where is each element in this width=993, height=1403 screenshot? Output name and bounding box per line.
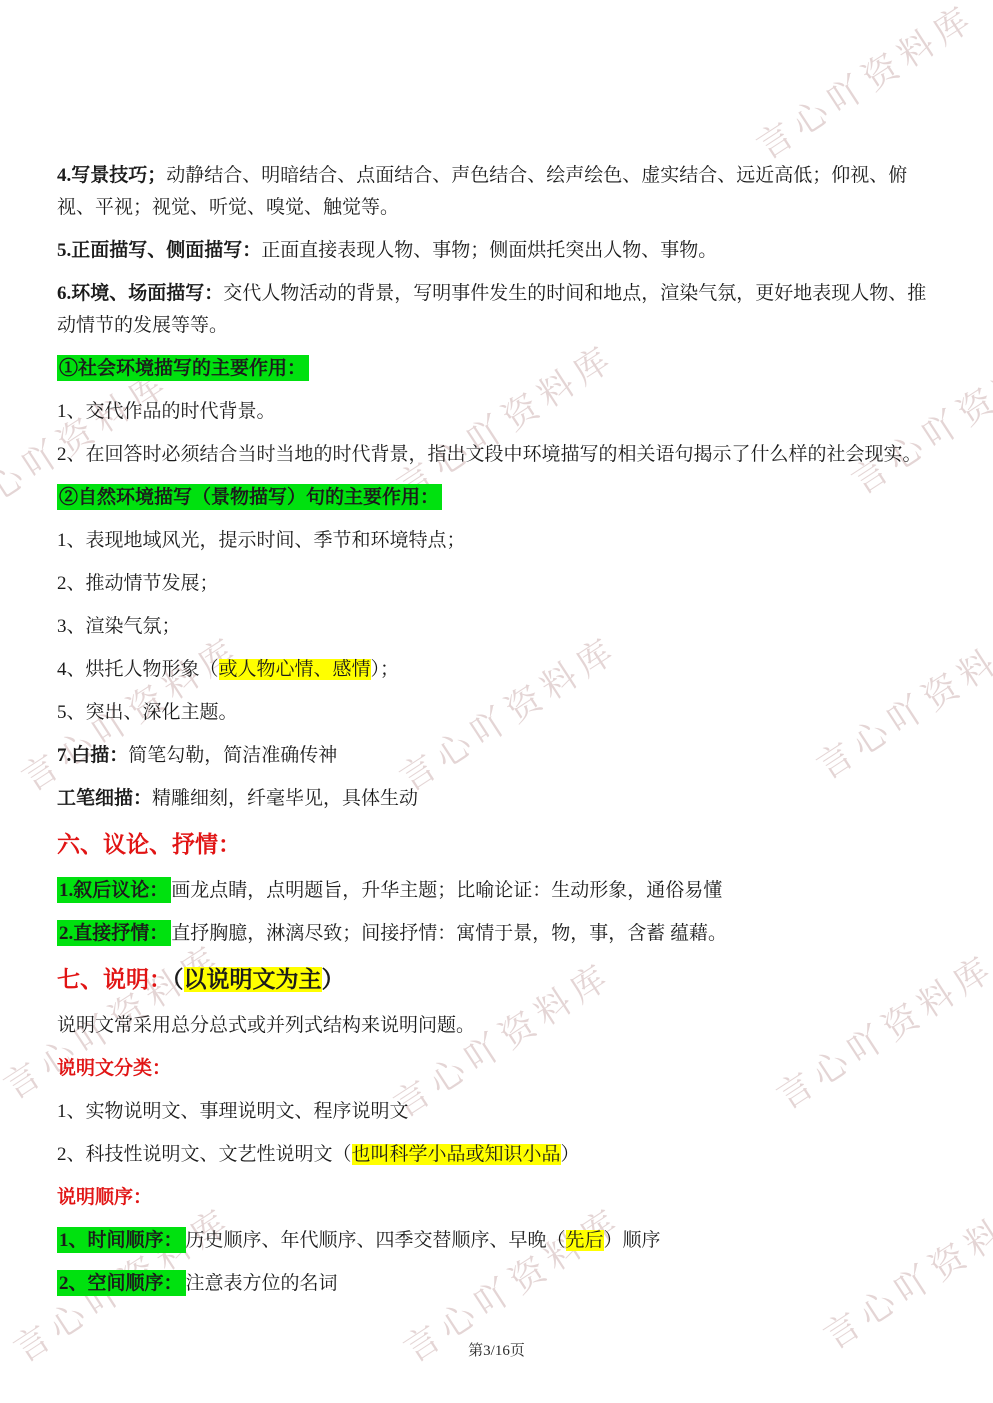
text-run-normal: ） (561, 1144, 580, 1165)
paragraph: ②自然环境描写（景物描写）句的主要作用： (57, 482, 938, 514)
paragraph: 1、实物说明文、事理说明文、程序说明文 (57, 1096, 938, 1128)
paragraph: 6.环境、场面描写：交代人物活动的背景，写明事件发生的时间和地点，渲染气氛，更好… (57, 278, 938, 342)
text-run-normal: 3、渲染气氛； (57, 616, 181, 637)
paragraph: 2.直接抒情：直抒胸臆，淋漓尽致；间接抒情：寓情于景，物，事，含蓄 蕴藉。 (57, 918, 938, 950)
text-run-normal: 2、推动情节发展； (57, 573, 219, 594)
document-page: 言心吖资料库言心吖资料库言心吖资料库言心吖资料库言心吖资料库言心吖资料库言心吖资… (0, 0, 993, 1403)
text-run-green: 2、空间顺序： (57, 1270, 186, 1296)
paragraph: 工笔细描：精雕细刻，纤毫毕见，具体生动 (57, 783, 938, 815)
text-run-normal: 2、在回答时必须结合当时当地的时代背景，指出文段中环境描写的相关语句揭示了什么样… (57, 444, 922, 465)
page-number: 第3/16页 (0, 1339, 993, 1360)
paragraph: 说明顺序： (57, 1182, 938, 1214)
text-run-yellow-bold: 以说明文为主 (184, 967, 322, 992)
paragraph: 1.叙后议论：画龙点睛，点明题旨，升华主题；比喻论证：生动形象，通俗易懂 (57, 875, 938, 907)
text-run-normal: ）； (371, 659, 400, 680)
text-run-red: 说明顺序： (57, 1187, 152, 1208)
text-run-yellow: 或人物心情、感情 (219, 659, 371, 680)
paragraph: 2、在回答时必须结合当时当地的时代背景，指出文段中环境描写的相关语句揭示了什么样… (57, 439, 938, 471)
text-run-red: 说明文分类： (57, 1058, 171, 1079)
paragraph: 1、时间顺序：历史顺序、年代顺序、四季交替顺序、早晚（先后）顺序 (57, 1225, 938, 1257)
text-run-normal: 说明文常采用总分总式或并列式结构来说明问题。 (57, 1015, 475, 1036)
paragraph: 4、烘托人物形象（或人物心情、感情）； (57, 654, 938, 686)
section-heading: 七、说明：（以说明文为主） (57, 961, 938, 999)
text-run-normal: 精雕细刻，纤毫毕见，具体生动 (152, 788, 418, 809)
text-run-normal: 1、实物说明文、事理说明文、程序说明文 (57, 1101, 409, 1122)
text-run-normal: 直抒胸臆，淋漓尽致；间接抒情：寓情于景，物，事，含蓄 蕴藉。 (171, 923, 727, 944)
text-run-bold: 7.白描： (57, 745, 128, 766)
text-run-normal: 正面直接表现人物、事物；侧面烘托突出人物、事物。 (261, 240, 717, 261)
paragraph: 2、空间顺序：注意表方位的名词 (57, 1268, 938, 1300)
paragraph: ①社会环境描写的主要作用： (57, 353, 938, 385)
text-run-normal: 2、科技性说明文、文艺性说明文（ (57, 1144, 352, 1165)
text-run-normal: 历史顺序、年代顺序、四季交替顺序、早晚（ (186, 1230, 566, 1251)
paragraph: 4.写景技巧；动静结合、明暗结合、点面结合、声色结合、绘声绘色、虚实结合、远近高… (57, 160, 938, 224)
paragraph: 2、科技性说明文、文艺性说明文（也叫科学小品或知识小品） (57, 1139, 938, 1171)
text-run-normal: 动静结合、明暗结合、点面结合、声色结合、绘声绘色、虚实结合、远近高低；仰视、俯视… (57, 165, 907, 218)
text-run-normal: 注意表方位的名词 (186, 1273, 338, 1294)
paragraph: 2、推动情节发展； (57, 568, 938, 600)
text-run-red: 七、说明： (57, 967, 172, 992)
text-run-normal: ）顺序 (604, 1230, 661, 1251)
paragraph: 5.正面描写、侧面描写：正面直接表现人物、事物；侧面烘托突出人物、事物。 (57, 235, 938, 267)
paragraph: 1、表现地域风光，提示时间、季节和环境特点； (57, 525, 938, 557)
text-run-bold: （ (172, 967, 184, 992)
text-run-green: ②自然环境描写（景物描写）句的主要作用： (57, 484, 442, 510)
text-run-normal: 4、烘托人物形象（ (57, 659, 219, 680)
text-run-yellow: 也叫科学小品或知识小品 (352, 1144, 561, 1165)
text-run-bold: 4.写景技巧； (57, 165, 166, 186)
paragraph: 1、交代作品的时代背景。 (57, 396, 938, 428)
paragraph: 7.白描：简笔勾勒，简洁准确传神 (57, 740, 938, 772)
text-run-normal: 简笔勾勒，简洁准确传神 (128, 745, 337, 766)
paragraph: 说明文常采用总分总式或并列式结构来说明问题。 (57, 1010, 938, 1042)
document-content: 4.写景技巧；动静结合、明暗结合、点面结合、声色结合、绘声绘色、虚实结合、远近高… (0, 0, 993, 1300)
text-run-normal: 画龙点睛，点明题旨，升华主题；比喻论证：生动形象，通俗易懂 (171, 880, 722, 901)
text-run-green: 1.叙后议论： (57, 877, 171, 903)
paragraph: 说明文分类： (57, 1053, 938, 1085)
section-heading: 六、议论、抒情： (57, 826, 938, 864)
text-run-green: ①社会环境描写的主要作用： (57, 355, 309, 381)
paragraph: 3、渲染气氛； (57, 611, 938, 643)
text-run-bold: 6.环境、场面描写： (57, 283, 223, 304)
text-run-bold: 5.正面描写、侧面描写： (57, 240, 261, 261)
text-run-bold: 工笔细描： (57, 788, 152, 809)
paragraph: 5、突出、深化主题。 (57, 697, 938, 729)
text-run-green: 2.直接抒情： (57, 920, 171, 946)
text-run-normal: 1、交代作品的时代背景。 (57, 401, 276, 422)
text-run-normal: 1、表现地域风光，提示时间、季节和环境特点； (57, 530, 466, 551)
text-run-green: 1、时间顺序： (57, 1227, 186, 1253)
text-run-bold: ） (322, 967, 345, 992)
text-run-red: 六、议论、抒情： (57, 832, 241, 857)
text-run-normal: 5、突出、深化主题。 (57, 702, 238, 723)
text-run-yellow: 先后 (566, 1230, 604, 1251)
